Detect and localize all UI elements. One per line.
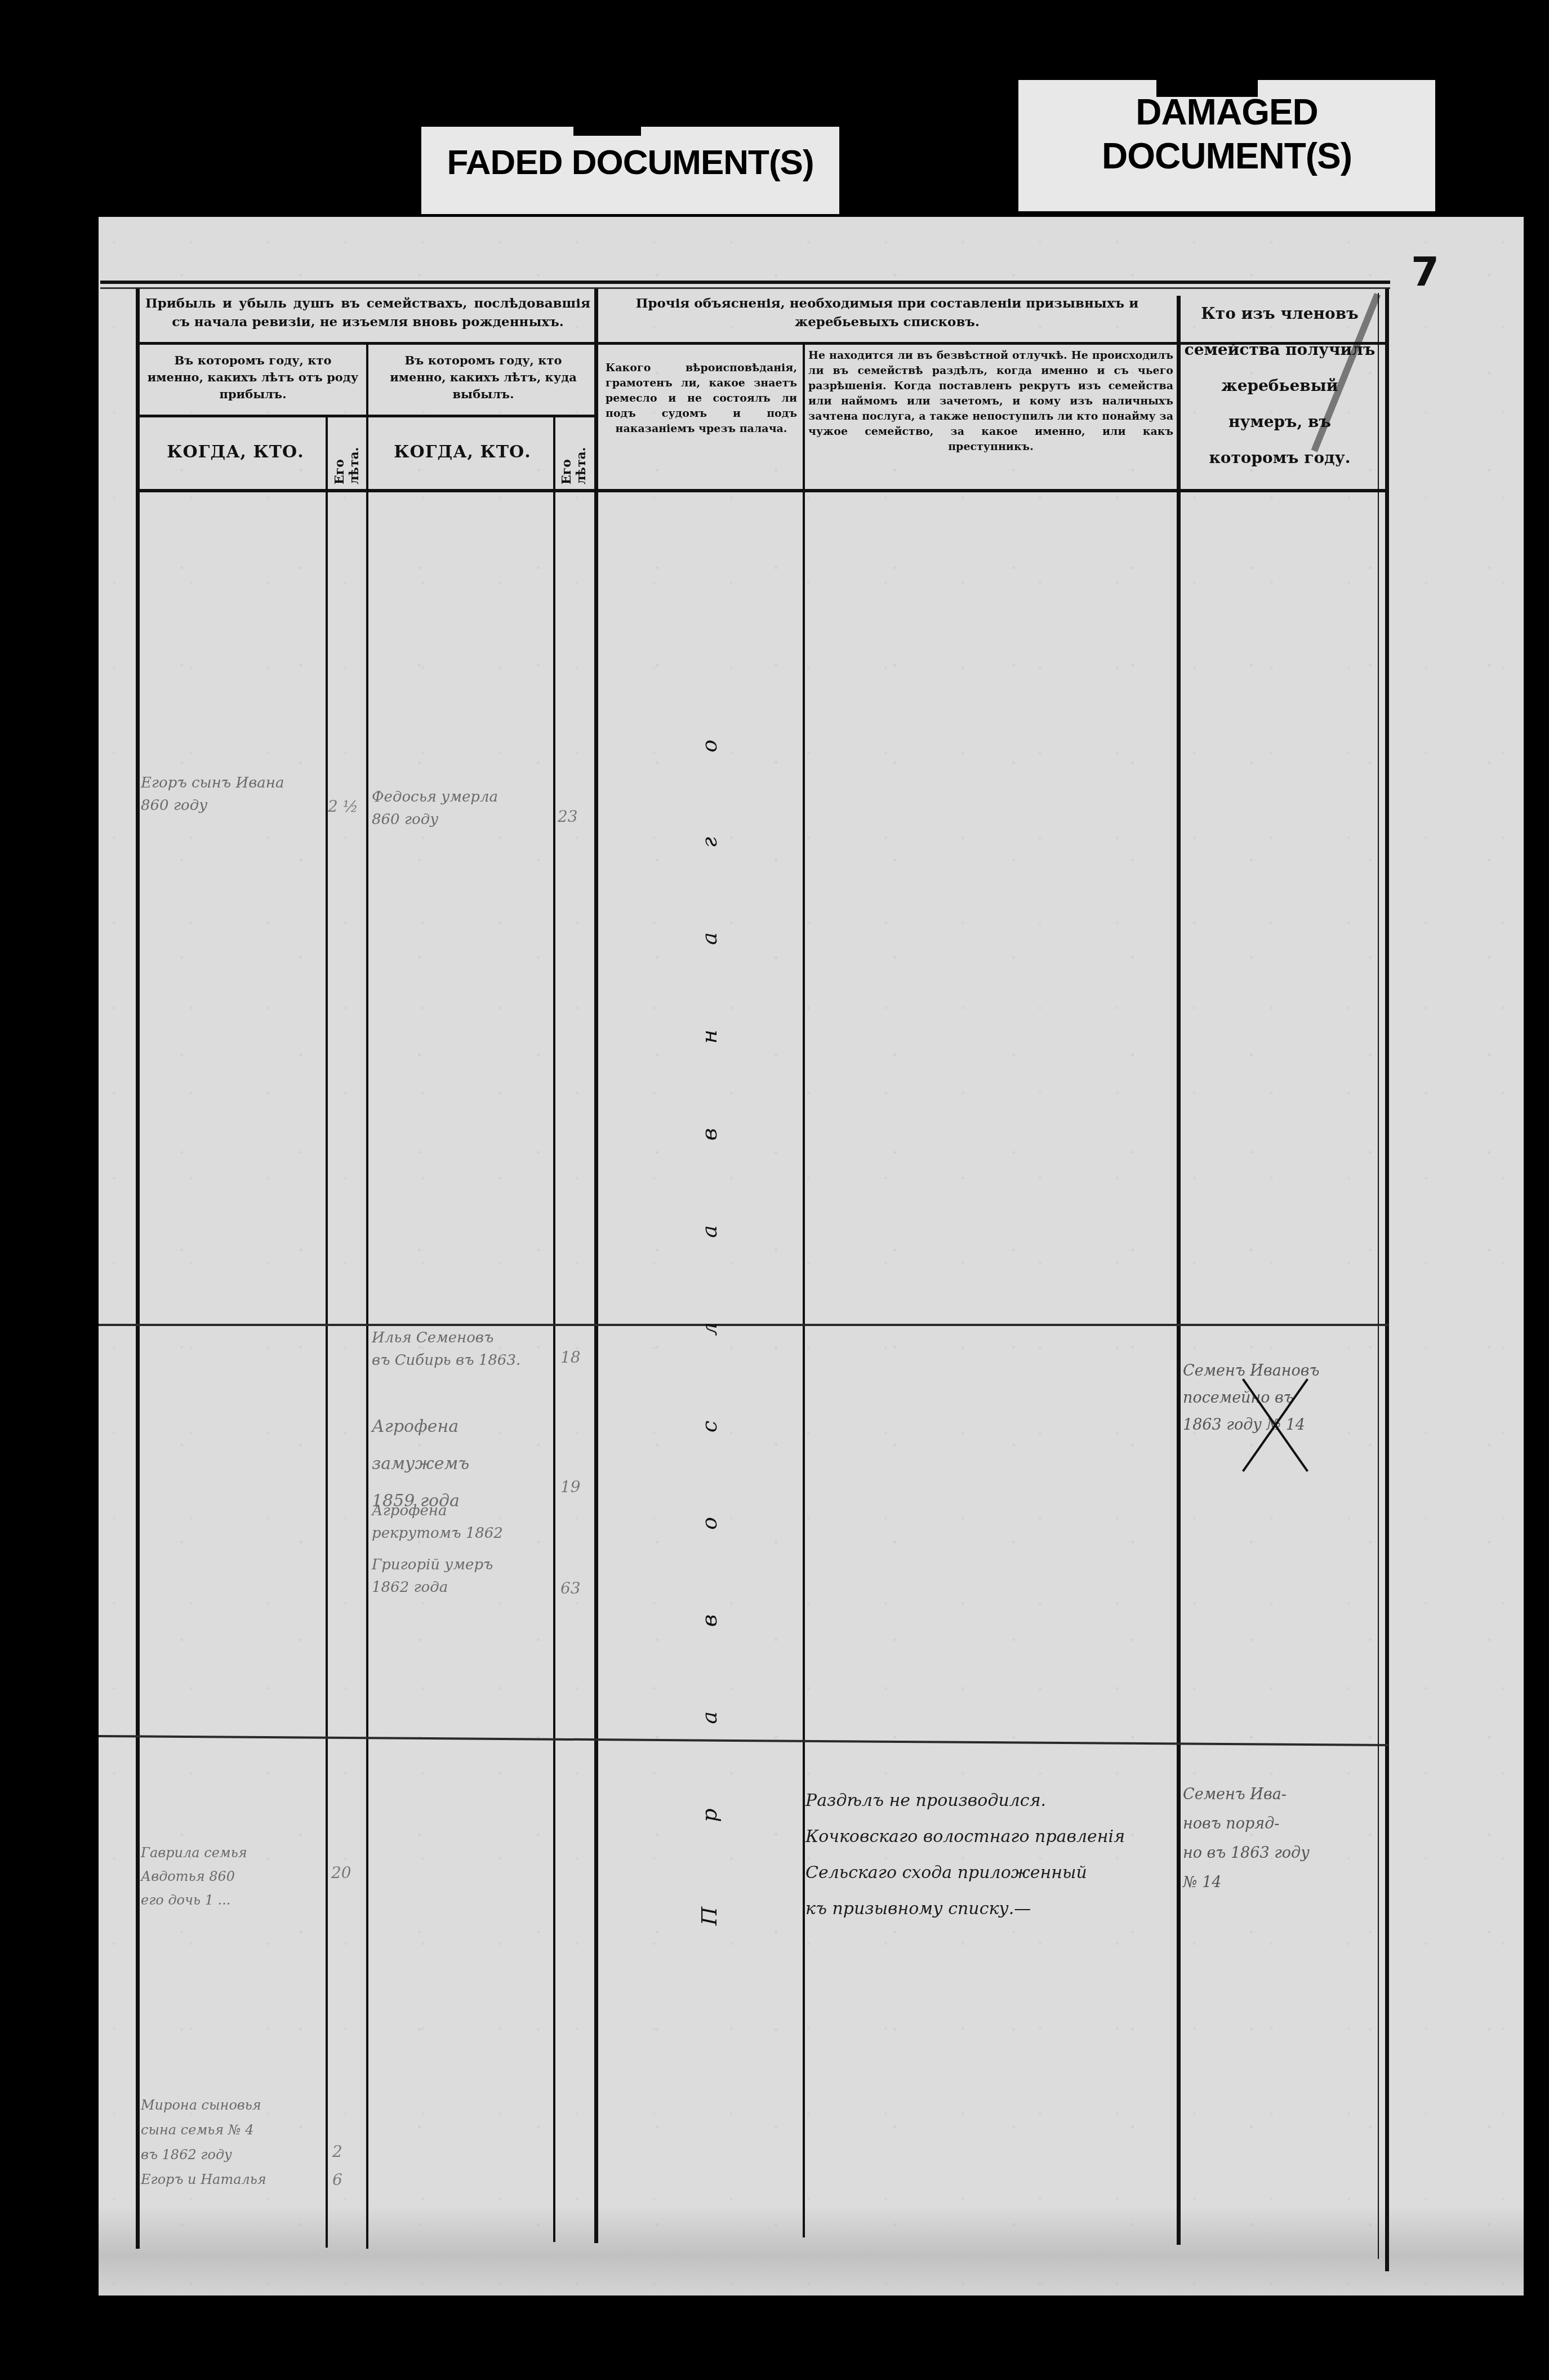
table-right-border	[1385, 288, 1389, 2271]
row1-departed-age: 23	[558, 806, 578, 828]
ledger-page	[99, 217, 1524, 2296]
divider-departed-age	[553, 417, 555, 2242]
row2-departed-4-age: 63	[560, 1577, 581, 1600]
label-notch	[573, 127, 641, 136]
header-explanations-group: Прочія объясненія, необходимыя при соста…	[611, 294, 1163, 331]
header-arrived-when-who: КОГДА, КТО.	[145, 442, 326, 462]
divider-explanations-lot	[1177, 296, 1181, 2245]
row2-departed-4-who: Григорій умеръ 1862 года	[372, 1554, 552, 1599]
divider-arrived-departed	[366, 345, 368, 2249]
row-separator-1	[99, 1324, 1388, 1326]
header-movement-group: Прибыль и убыль душъ въ семействахъ, пос…	[145, 294, 590, 331]
row3-arrived-2-age-a: 2	[332, 2141, 342, 2163]
header-departed: Въ которомъ году, кто именно, какихъ лѣт…	[376, 352, 590, 403]
header-lot-number: Кто изъ членовъ семейства получилъ жереб…	[1184, 296, 1376, 476]
row2-departed-2-age: 19	[560, 1476, 581, 1498]
header-departed-age: Его лѣта.	[559, 421, 589, 484]
row3-arrived-2-age-b: 6	[332, 2169, 342, 2191]
header-arrived: Въ которомъ году, кто именно, какихъ лѣт…	[145, 352, 360, 403]
row2-departed-3-who: Агрофена рекрутомъ 1862	[372, 1500, 552, 1545]
water-stain	[99, 2205, 1524, 2296]
damaged-label-line2: DOCUMENT(S)	[1018, 134, 1435, 178]
row1-arrived-who: Егоръ сынъ Ивана 860 году	[141, 772, 327, 817]
table-left-border	[136, 288, 140, 2249]
header-religion: Какого вѣроисповѣданія, грамотенъ ли, ка…	[606, 361, 797, 437]
row1-arrived-age: 2 ½	[328, 795, 358, 818]
religion-orthodox-vertical: Православнаго	[697, 580, 719, 2000]
faded-label-text: FADED DOCUMENT(S)	[447, 143, 813, 182]
row3-arrived-1-age: 20	[331, 1862, 351, 1884]
right-margin-rule	[1378, 293, 1379, 2259]
divider-religion-absence	[803, 345, 805, 2237]
table-top-rule-inner	[100, 287, 1390, 289]
row3-absence-note: Раздѣлъ не производился. Кочковскаго вол…	[805, 1783, 1177, 1927]
row2-departed-1-age: 18	[560, 1346, 581, 1369]
row1-departed-who: Федосья умерла 860 году	[372, 786, 552, 831]
row3-arrived-1-who: Гаврила семья Авдотья 860 его дочь 1 ...	[141, 1841, 327, 1912]
header-row2-rule	[138, 415, 594, 417]
damaged-document-label: DAMAGED DOCUMENT(S)	[1018, 80, 1435, 211]
header-departed-when-who: КОГДА, КТО.	[372, 442, 553, 462]
divider-movement-explanations	[594, 288, 598, 2243]
row2-lot-number-struck: Семенъ Ивановъ посемейно въ 1863 году № …	[1183, 1358, 1380, 1439]
divider-arrived-age	[326, 417, 328, 2248]
faded-document-label: FADED DOCUMENT(S)	[421, 127, 839, 214]
page-number: 7	[1411, 248, 1439, 295]
row3-lot-number: Семенъ Ива- новъ поряд- но въ 1863 году …	[1183, 1780, 1380, 1897]
header-arrived-age: Его лѣта.	[332, 421, 362, 484]
row2-departed-1-who: Илья Семеновъ въ Сибирь въ 1863.	[372, 1327, 552, 1372]
row3-arrived-2-who: Мирона сыновья сына семья № 4 въ 1862 го…	[141, 2093, 327, 2192]
table-top-rule	[100, 281, 1390, 284]
label-notch	[1156, 80, 1258, 97]
header-absence: Не находится ли въ безвѣстной отлучкѣ. Н…	[808, 348, 1173, 455]
header-bottom-rule	[138, 489, 1386, 492]
